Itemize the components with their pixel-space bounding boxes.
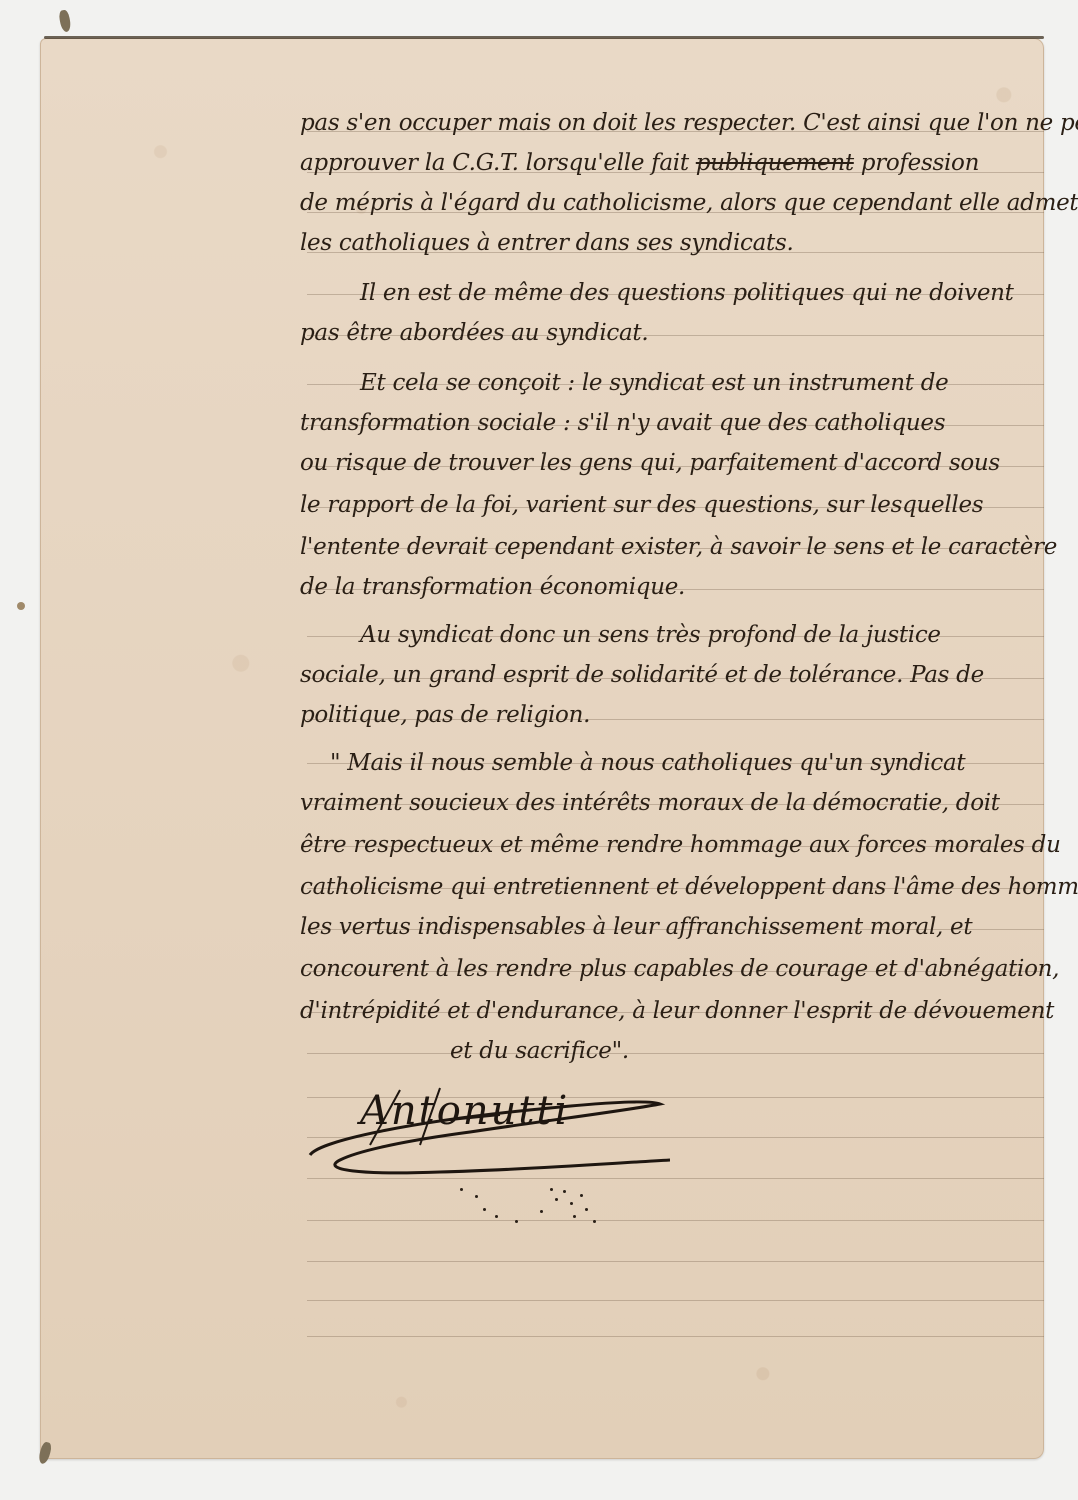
struck-word: publiquement bbox=[696, 150, 854, 176]
text-line-5: Il en est de même des questions politiqu… bbox=[360, 282, 1014, 305]
text-line-7: Et cela se conçoit : le syndicat est un … bbox=[360, 372, 948, 395]
ruled-line bbox=[307, 1053, 1044, 1054]
text-line-8: transformation sociale : s'il n'y avait … bbox=[300, 412, 945, 435]
text-line-6: pas être abordées au syndicat. bbox=[300, 322, 648, 345]
text-line-21: concourent à les rendre plus capables de… bbox=[300, 958, 1059, 981]
text-line-2-part: approuver la C.G.T. lorsqu'elle fait bbox=[300, 150, 696, 176]
page-top-edge bbox=[44, 36, 1044, 39]
text-line-20: les vertus indispensables à leur affranc… bbox=[300, 916, 972, 939]
text-line-14: sociale, un grand esprit de solidarité e… bbox=[300, 664, 984, 687]
signature: Antonutti bbox=[300, 1080, 670, 1190]
text-line-2: approuver la C.G.T. lorsqu'elle fait pub… bbox=[300, 152, 979, 175]
binding-thread-top bbox=[58, 9, 72, 32]
ruled-line bbox=[307, 1220, 1044, 1221]
text-line-23: et du sacrifice". bbox=[450, 1040, 629, 1063]
ruled-line bbox=[307, 1300, 1044, 1301]
text-line-15: politique, pas de religion. bbox=[300, 704, 590, 727]
text-line-3: de mépris à l'égard du catholicisme, alo… bbox=[300, 192, 1078, 215]
text-line-19: catholicisme qui entretiennent et dévelo… bbox=[300, 876, 1078, 899]
text-line-22: d'intrépidité et d'endurance, à leur don… bbox=[300, 1000, 1054, 1023]
text-line-16: " Mais il nous semble à nous catholiques… bbox=[330, 752, 965, 775]
text-line-12: de la transformation économique. bbox=[300, 576, 685, 599]
text-line-9: ou risque de trouver les gens qui, parfa… bbox=[300, 452, 1000, 475]
text-line-4: les catholiques à entrer dans ses syndic… bbox=[300, 232, 794, 255]
ruled-line bbox=[307, 1336, 1044, 1337]
stitch-hole bbox=[17, 602, 25, 610]
signature-name: Antonutti bbox=[360, 1088, 569, 1134]
ruled-line bbox=[307, 1261, 1044, 1262]
text-line-11: l'entente devrait cependant exister, à s… bbox=[300, 536, 1057, 559]
text-line-13: Au syndicat donc un sens très profond de… bbox=[360, 624, 941, 647]
text-line-1: pas s'en occuper mais on doit les respec… bbox=[300, 112, 1078, 135]
text-line-17: vraiment soucieux des intérêts moraux de… bbox=[300, 792, 1000, 815]
text-line-10: le rapport de la foi, varient sur des qu… bbox=[300, 494, 983, 517]
text-line-2-end: profession bbox=[854, 150, 979, 176]
text-line-18: être respectueux et même rendre hommage … bbox=[300, 834, 1061, 857]
ink-dots bbox=[455, 1180, 595, 1230]
